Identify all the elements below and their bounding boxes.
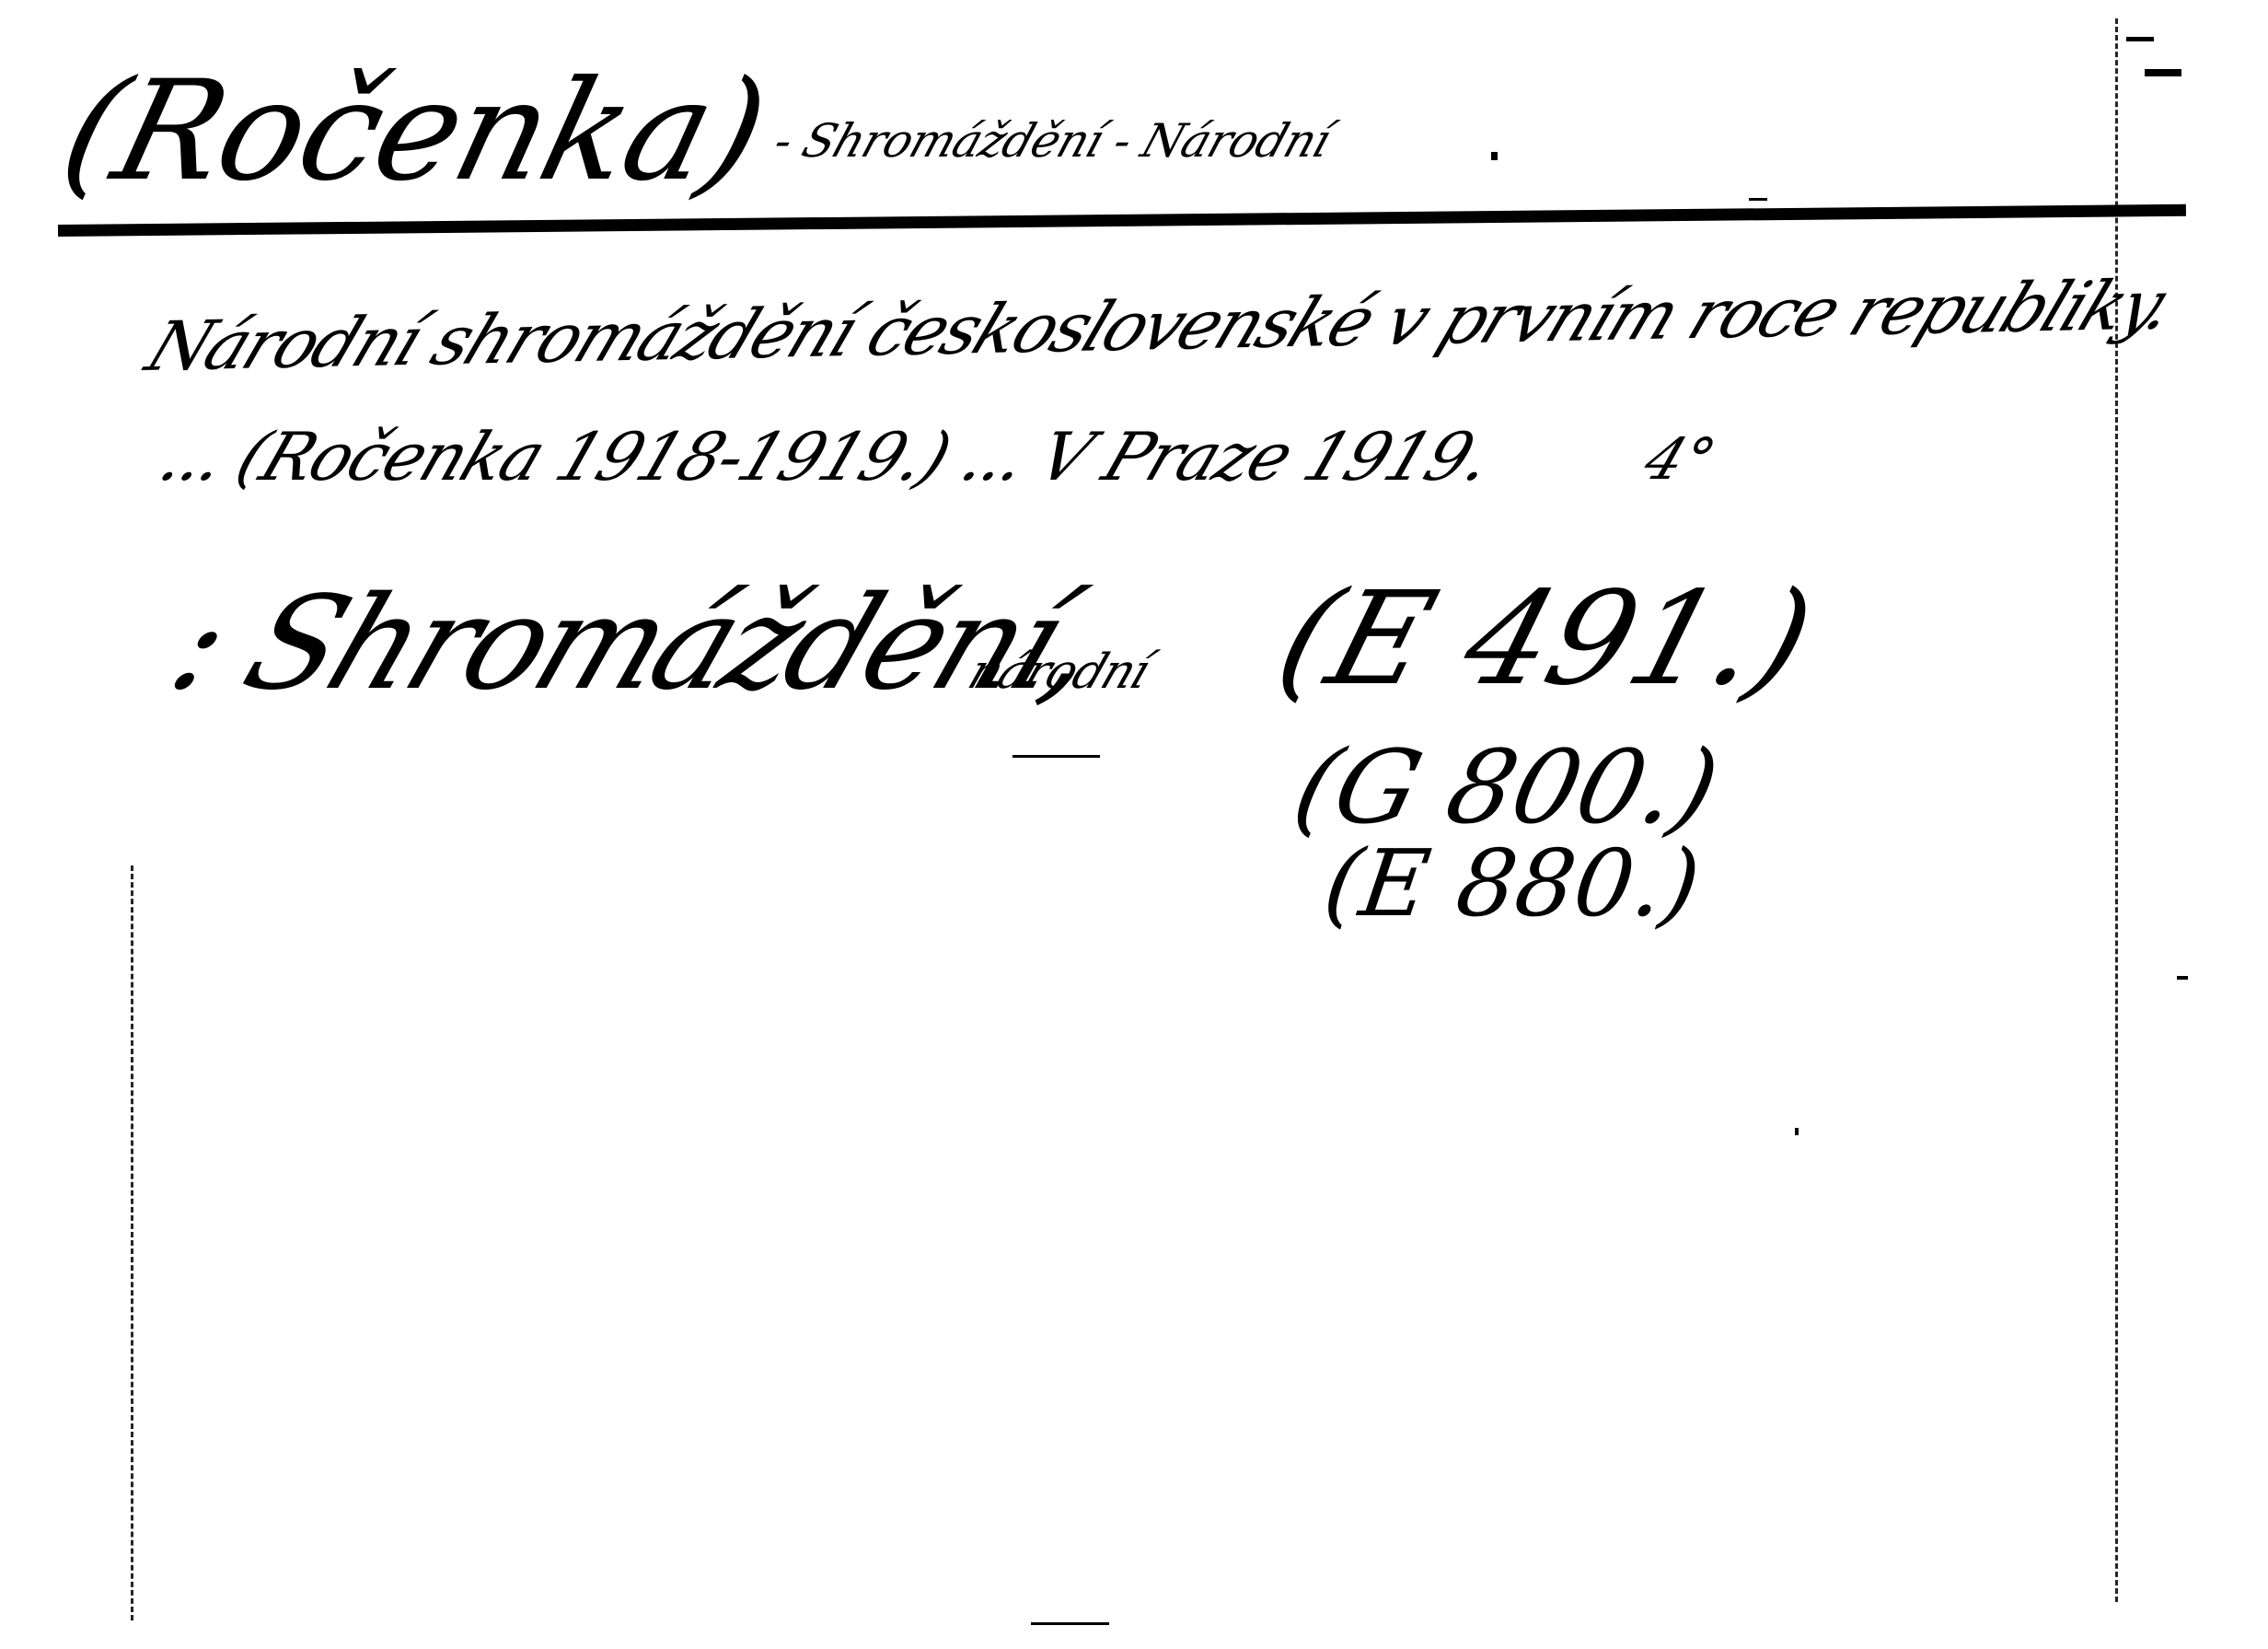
entry-title-line: Národní shromáždění československé v prv…: [138, 271, 2181, 381]
scan-speck: [1491, 152, 1498, 160]
card-title: (Ročenka): [51, 63, 777, 201]
scan-speck: [2145, 69, 2181, 76]
entry-format: 4°: [1636, 425, 1725, 493]
card-subtitle: - Shromáždění - Národní: [769, 118, 1336, 164]
entry-imprint-line: ... (Ročenka 1918-1919.) ... V Praze 191…: [152, 424, 1500, 490]
scan-speck: [1012, 755, 1100, 758]
shelfmark-1: (E 491.): [1266, 575, 1825, 704]
subject-qualifier: národní: [961, 645, 1156, 700]
catalog-card: (Ročenka) - Shromáždění - Národní Národn…: [0, 0, 2268, 1649]
shelfmark-3: (E 880.): [1319, 838, 1706, 930]
scan-speck: [1749, 198, 1767, 201]
scan-speck: [1031, 1622, 1109, 1625]
left-margin-dashed-line: [131, 865, 133, 1620]
scan-speck: [1795, 1128, 1799, 1135]
shelfmark-2: (G 800.): [1285, 737, 1728, 838]
scan-speck: [2126, 37, 2154, 41]
right-margin-dashed-line: [2115, 18, 2118, 1602]
scan-speck: [2177, 976, 2188, 980]
